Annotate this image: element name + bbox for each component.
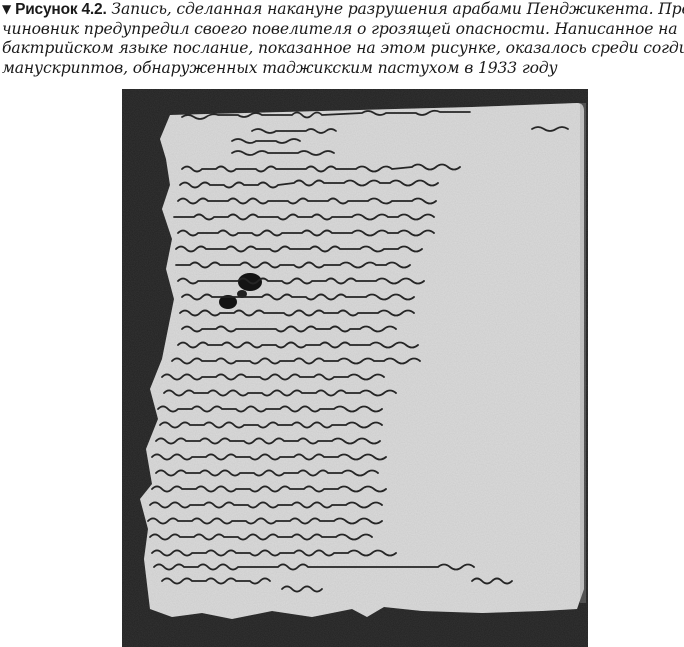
manuscript-paper	[122, 89, 588, 647]
caption-text: Запись, сделанная накануне разрушения ар…	[111, 0, 684, 18]
figure-label: Рисунок 4.2.	[15, 1, 106, 18]
caption-line-1: ▼Рисунок 4.2. Запись, сделанная накануне…	[2, 0, 684, 20]
caption-line-4: манускриптов, обнаруженных таджикским па…	[2, 59, 684, 79]
caption-line-2: чиновник предупредил своего повелителя о…	[2, 20, 684, 40]
caption-line-3: бактрийском языке послание, показанное н…	[2, 39, 684, 59]
triangle-down-icon: ▼	[2, 2, 11, 16]
manuscript-photo	[122, 89, 588, 647]
figure-caption: ▼Рисунок 4.2. Запись, сделанная накануне…	[2, 0, 684, 78]
